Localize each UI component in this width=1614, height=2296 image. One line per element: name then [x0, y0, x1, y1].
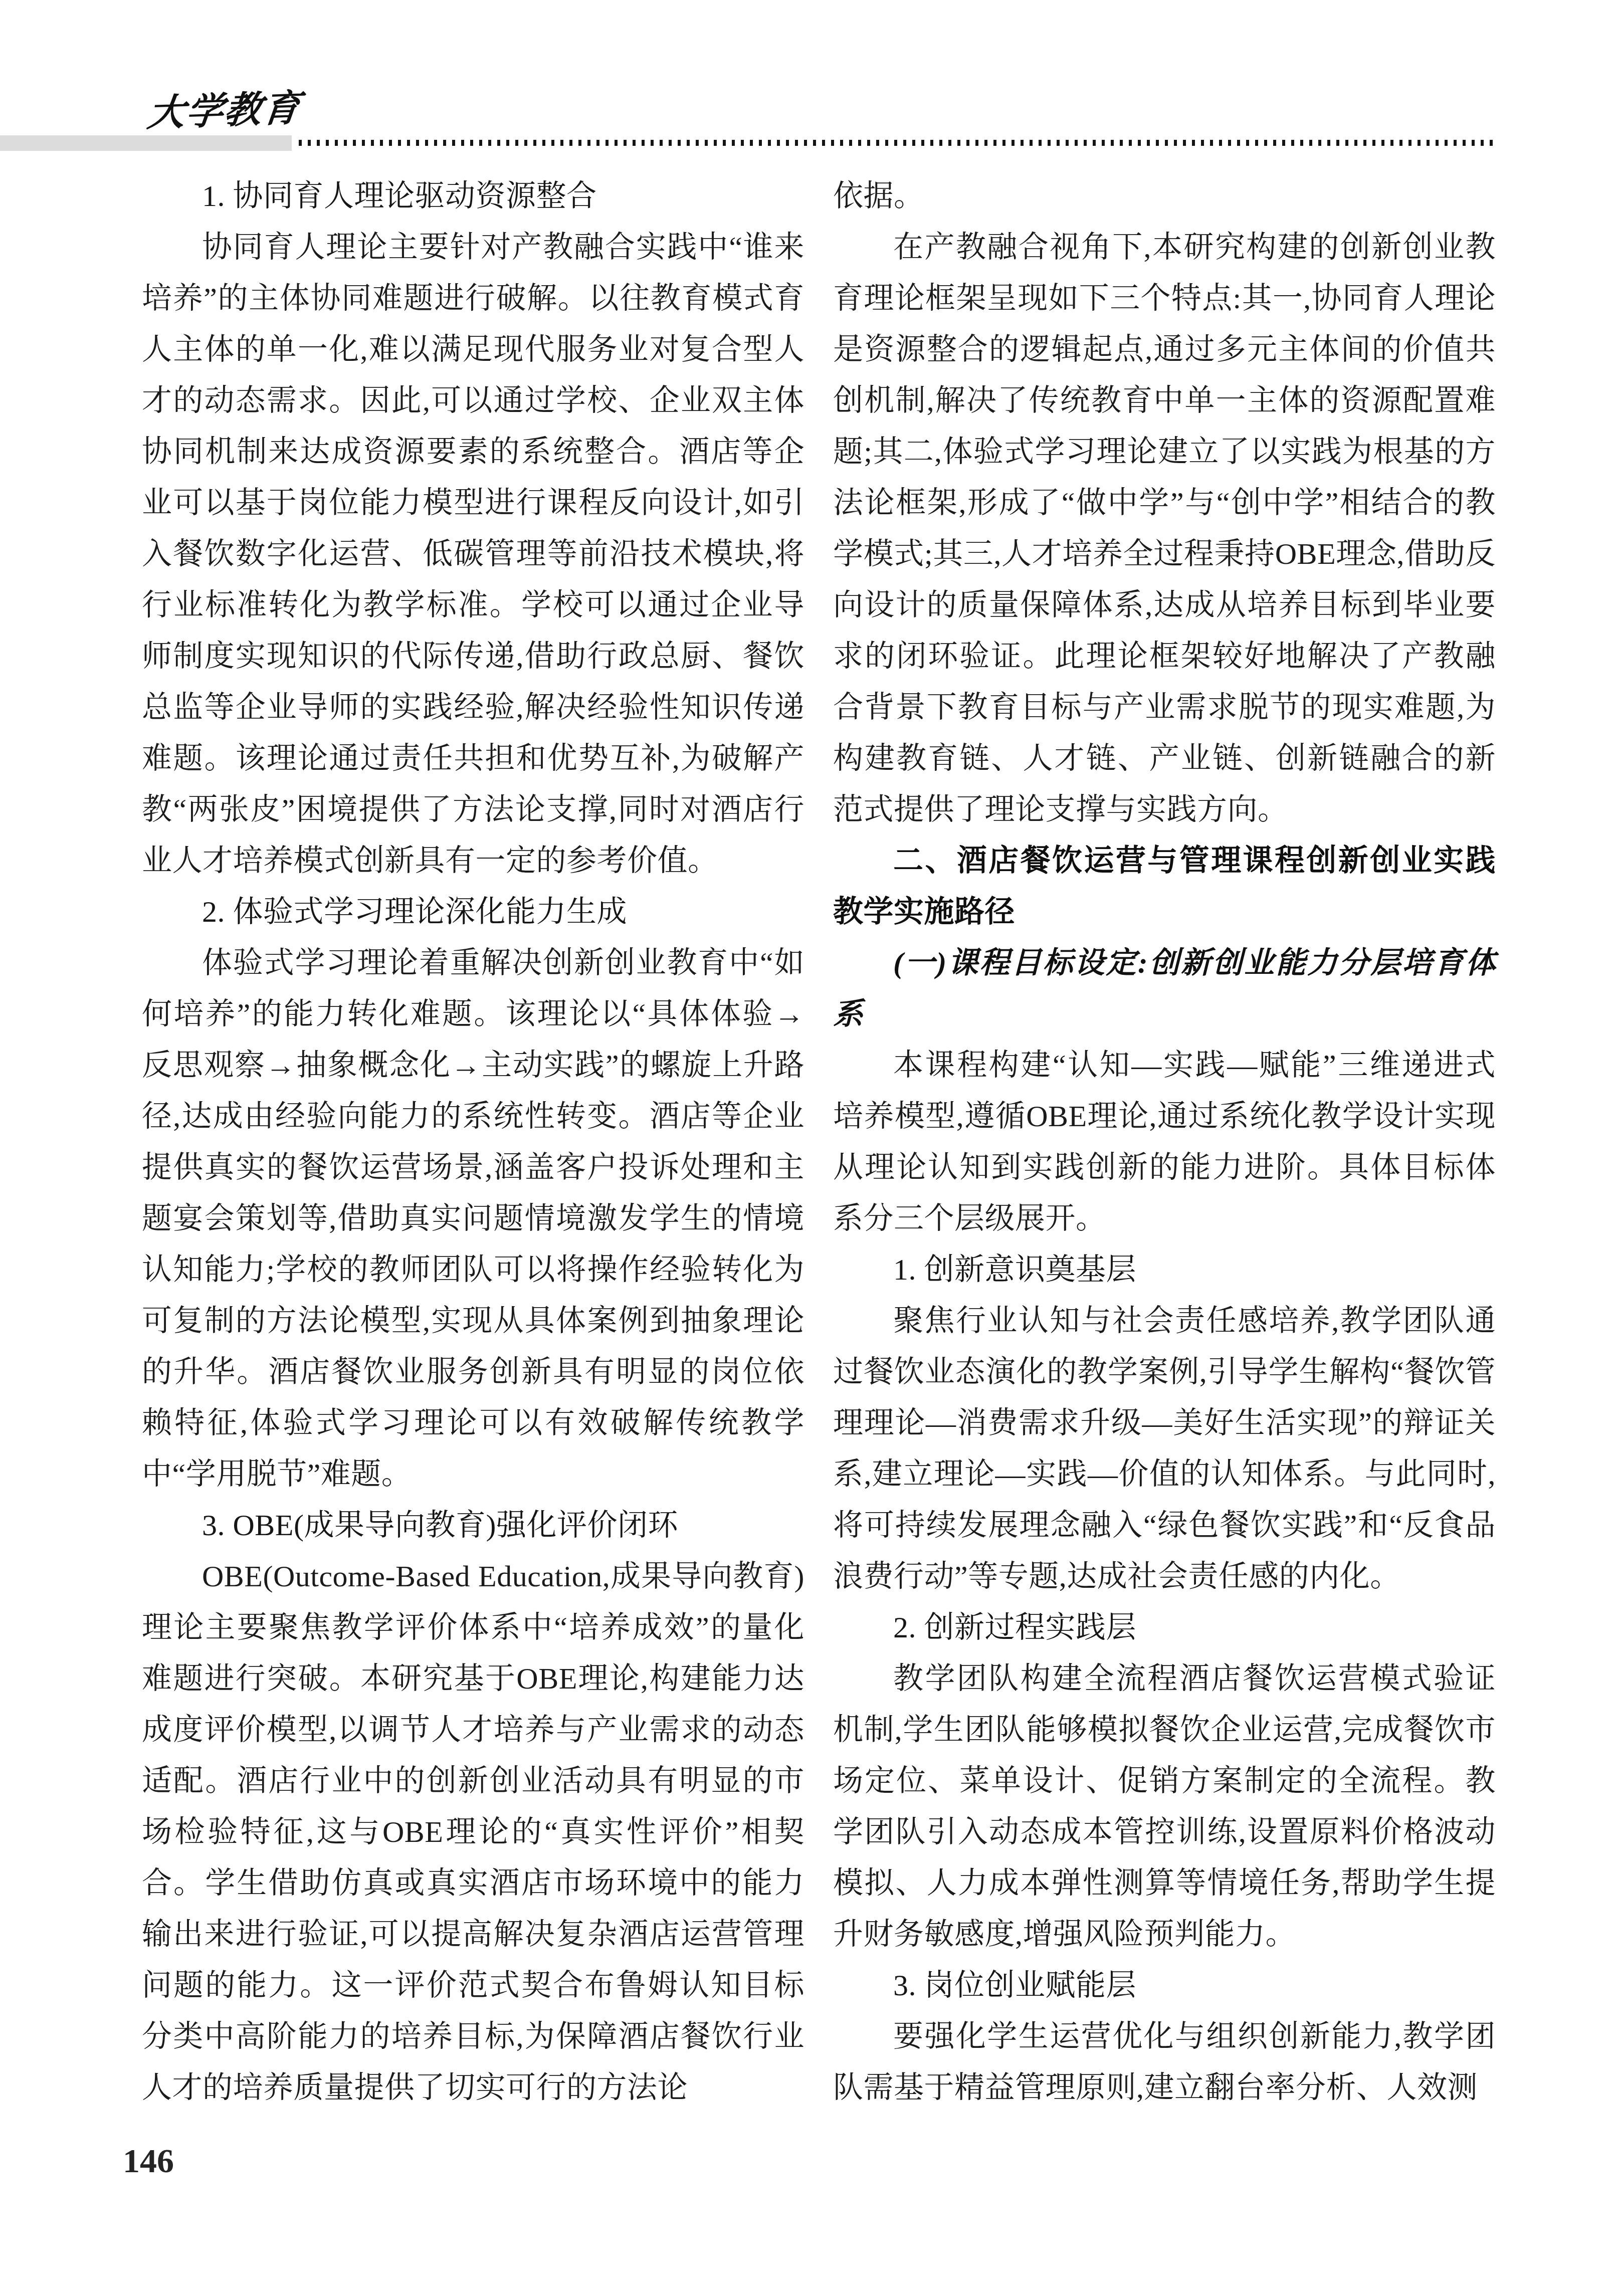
journal-page: 大学教育 1. 协同育人理论驱动资源整合 协同育人理论主要针对产教融合实践中“谁… [0, 0, 1614, 2296]
subsection-heading: (一)课程目标设定:创新创业能力分层培育体系 [833, 937, 1496, 1039]
right-item-paragraph-1: 聚焦行业认知与社会责任感培养,教学团队通过餐饮业态演化的教学案例,引导学生解构“… [833, 1295, 1496, 1602]
left-heading-3: 3. OBE(成果导向教育)强化评价闭环 [142, 1500, 804, 1551]
left-column: 1. 协同育人理论驱动资源整合 协同育人理论主要针对产教融合实践中“谁来培养”的… [142, 170, 804, 2113]
right-item-paragraph-2: 教学团队构建全流程酒店餐饮运营模式验证机制,学生团队能够模拟餐饮企业运营,完成餐… [833, 1653, 1496, 1960]
right-item-heading-1: 1. 创新意识奠基层 [833, 1244, 1496, 1295]
left-paragraph-2: 体验式学习理论着重解决创新创业教育中“如何培养”的能力转化难题。该理论以“具体体… [142, 937, 804, 1500]
journal-logo: 大学教育 [145, 79, 304, 137]
page-number: 146 [123, 2141, 174, 2181]
left-heading-2: 2. 体验式学习理论深化能力生成 [142, 886, 804, 937]
right-paragraph-1: 在产教融合视角下,本研究构建的创新创业教育理论框架呈现如下三个特点:其一,协同育… [833, 222, 1496, 835]
left-paragraph-1: 协同育人理论主要针对产教融合实践中“谁来培养”的主体协同难题进行破解。以往教育模… [142, 222, 804, 886]
right-item-heading-3: 3. 岗位创业赋能层 [833, 1960, 1496, 2011]
right-paragraph-2: 本课程构建“认知—实践—赋能”三维递进式培养模型,遵循OBE理论,通过系统化教学… [833, 1039, 1496, 1244]
header-dotted-rule [299, 140, 1499, 146]
header-gray-bar [0, 135, 292, 151]
right-item-paragraph-3: 要强化学生运营优化与组织创新能力,教学团队需基于精益管理原则,建立翻台率分析、人… [833, 2011, 1496, 2113]
text-columns: 1. 协同育人理论驱动资源整合 协同育人理论主要针对产教融合实践中“谁来培养”的… [142, 170, 1496, 2113]
right-item-heading-2: 2. 创新过程实践层 [833, 1602, 1496, 1653]
right-paragraph-continuation: 依据。 [833, 170, 1496, 222]
section-heading: 二、酒店餐饮运营与管理课程创新创业实践教学实施路径 [833, 835, 1496, 937]
left-heading-1: 1. 协同育人理论驱动资源整合 [142, 170, 804, 222]
right-column: 依据。 在产教融合视角下,本研究构建的创新创业教育理论框架呈现如下三个特点:其一… [833, 170, 1496, 2113]
left-paragraph-3: OBE(Outcome-Based Education,成果导向教育)理论主要聚… [142, 1551, 804, 2113]
